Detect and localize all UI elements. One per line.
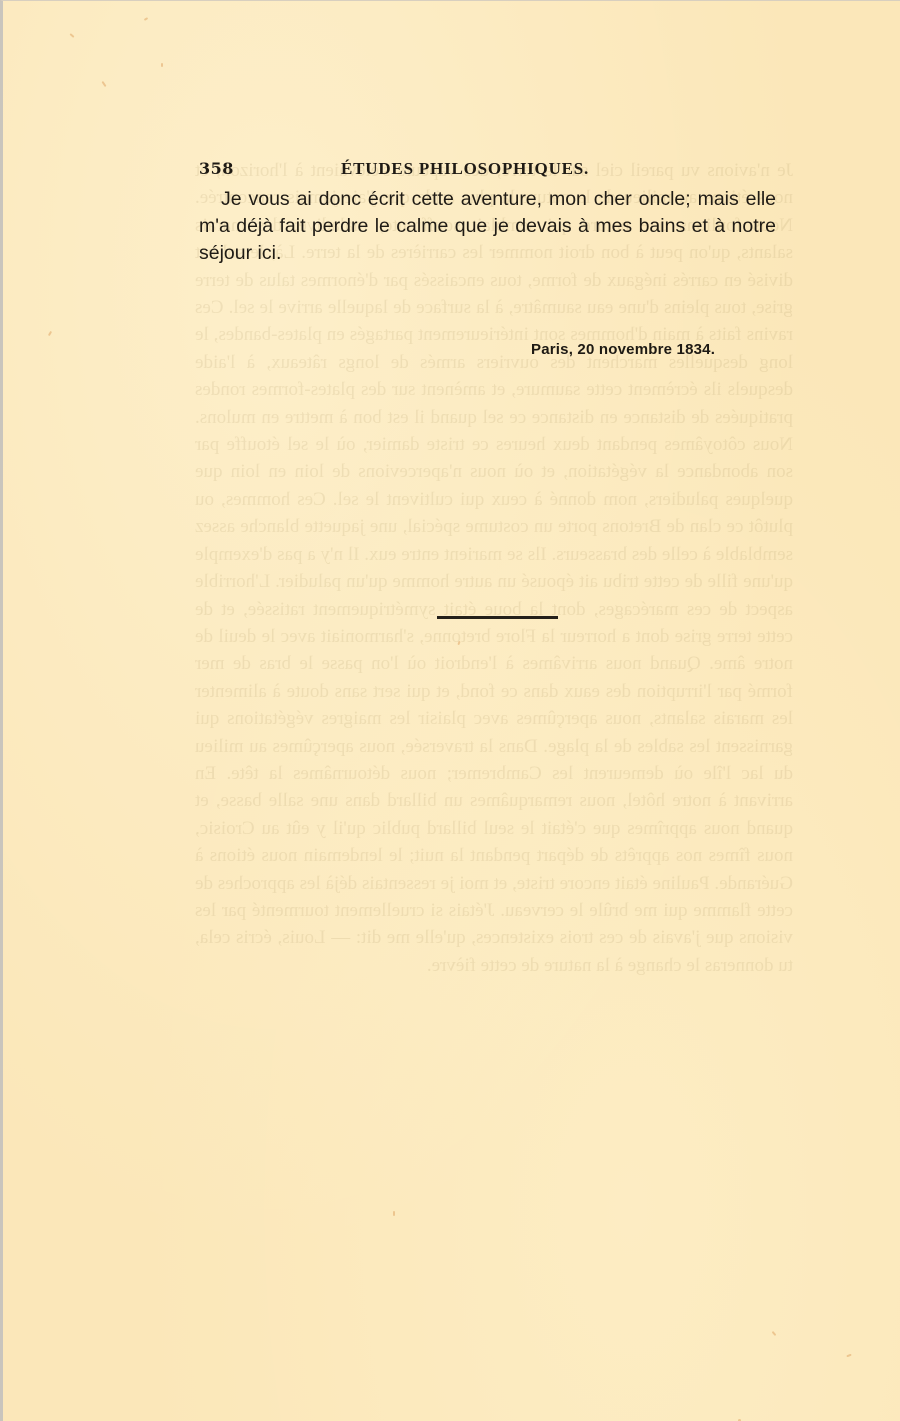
paper-speck [846, 1354, 851, 1358]
paper-speck [393, 1211, 395, 1216]
page-number: 358 [199, 159, 234, 178]
paper-speck [48, 331, 52, 336]
end-rule [437, 616, 558, 619]
running-header: 358 ÉTUDES PHILOSOPHIQUES. [199, 159, 599, 183]
paper-speck [144, 17, 148, 21]
signature-dateline: Paris, 20 novembre 1834. [531, 341, 715, 358]
running-title: ÉTUDES PHILOSOPHIQUES. [341, 159, 589, 179]
paper-speck [69, 33, 74, 38]
book-page: Je n'avions vu pareil ciel sur la terre;… [0, 0, 900, 1421]
text-line: séjour ici. [199, 240, 776, 267]
paper-speck [457, 641, 460, 645]
paper-speck [161, 63, 163, 67]
paper-speck [101, 81, 106, 87]
body-paragraph: Je vous ai donc écrit cette aventure, mo… [199, 186, 776, 267]
text-line: Je vous ai donc écrit cette aventure, mo… [199, 186, 776, 213]
text-line: m'a déjà fait perdre le calme que je dev… [199, 213, 776, 240]
show-through-text: Je n'avions vu pareil ciel sur la terre;… [195, 157, 793, 979]
paper-speck [772, 1331, 777, 1336]
